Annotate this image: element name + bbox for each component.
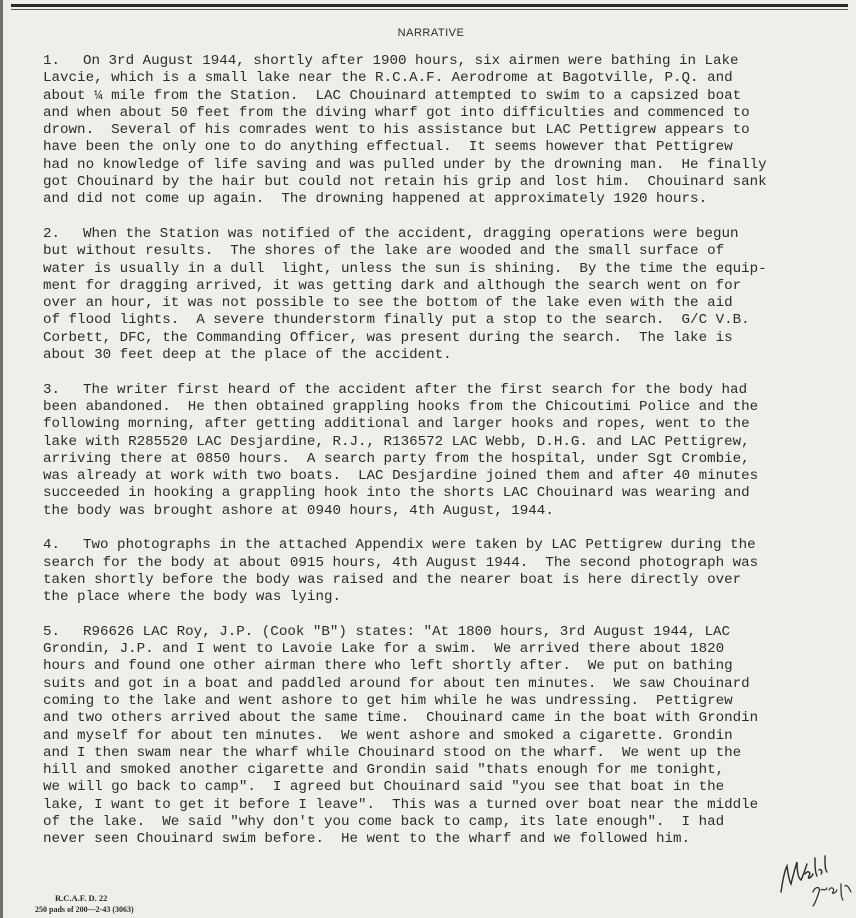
form-id: R.C.A.F. D. 22 bbox=[35, 893, 134, 904]
text-line: and myself for about ten minutes. We wen… bbox=[43, 728, 843, 745]
line-text: but without results. The shores of the l… bbox=[43, 243, 724, 259]
text-line: and two others arrived about the same ti… bbox=[43, 710, 843, 727]
text-line: and when about 50 feet from the diving w… bbox=[43, 105, 843, 122]
line-text: hours and found one other airman there w… bbox=[43, 658, 733, 674]
text-line: about ¼ mile from the Station. LAC Choui… bbox=[43, 88, 843, 105]
line-text: and myself for about ten minutes. We wen… bbox=[43, 728, 733, 744]
paragraph-number: 5. bbox=[43, 624, 83, 641]
text-line: drown. Several of his comrades went to h… bbox=[43, 122, 843, 139]
text-line: arriving there at 0850 hours. A search p… bbox=[43, 451, 843, 468]
line-text: Two photographs in the attached Appendix… bbox=[83, 537, 756, 553]
handwritten-initials-icon bbox=[775, 848, 856, 908]
paragraph-number: 1. bbox=[43, 53, 83, 70]
line-text: never seen Chouinard swim before. He wen… bbox=[43, 831, 690, 847]
line-text: about ¼ mile from the Station. LAC Choui… bbox=[43, 88, 741, 104]
document-title: NARRATIVE bbox=[3, 27, 856, 39]
text-line: lake, I want to get it before I leave". … bbox=[43, 797, 843, 814]
line-text: On 3rd August 1944, shortly after 1900 h… bbox=[83, 53, 739, 69]
text-line: Grondin, J.P. and I went to Lavoie Lake … bbox=[43, 641, 843, 658]
line-text: the place where the body was lying. bbox=[43, 589, 341, 605]
line-text: R96626 LAC Roy, J.P. (Cook "B") states: … bbox=[83, 624, 730, 640]
text-line: hill and smoked another cigarette and Gr… bbox=[43, 762, 843, 779]
line-text: taken shortly before the body was raised… bbox=[43, 572, 741, 588]
text-line: of the lake. We said "why don't you come… bbox=[43, 814, 843, 831]
line-text: lake, I want to get it before I leave". … bbox=[43, 797, 758, 813]
text-line: lake with R285520 LAC Desjardine, R.J., … bbox=[43, 434, 843, 451]
paragraph-number: 4. bbox=[43, 537, 83, 554]
paragraph-number: 2. bbox=[43, 226, 83, 243]
line-text: got Chouinard by the hair but could not … bbox=[43, 174, 767, 190]
line-text: have been the only one to do anything ef… bbox=[43, 139, 733, 155]
line-text: Grondin, J.P. and I went to Lavoie Lake … bbox=[43, 641, 724, 657]
narrative-body: 1.On 3rd August 1944, shortly after 1900… bbox=[43, 53, 843, 866]
text-line: 4.Two photographs in the attached Append… bbox=[43, 537, 843, 554]
line-text: and two others arrived about the same ti… bbox=[43, 710, 758, 726]
text-line: and I then swam near the wharf while Cho… bbox=[43, 745, 843, 762]
line-text: was already at work with two boats. LAC … bbox=[43, 468, 758, 484]
text-line: been abandoned. He then obtained grappli… bbox=[43, 399, 843, 416]
text-line: succeeded in hooking a grappling hook in… bbox=[43, 485, 843, 502]
line-text: arriving there at 0850 hours. A search p… bbox=[43, 451, 750, 467]
narrative-paragraph: 3.The writer first heard of the accident… bbox=[43, 382, 843, 520]
line-text: When the Station was notified of the acc… bbox=[83, 226, 739, 242]
line-text: coming to the lake and went ashore to ge… bbox=[43, 693, 733, 709]
line-text: of flood lights. A severe thunderstorm f… bbox=[43, 312, 750, 328]
text-line: coming to the lake and went ashore to ge… bbox=[43, 693, 843, 710]
text-line: 5.R96626 LAC Roy, J.P. (Cook "B") states… bbox=[43, 624, 843, 641]
line-text: water is usually in a dull light, unless… bbox=[43, 261, 767, 277]
line-text: search for the body at about 0915 hours,… bbox=[43, 555, 758, 571]
line-text: The writer first heard of the accident a… bbox=[83, 382, 747, 398]
text-line: was already at work with two boats. LAC … bbox=[43, 468, 843, 485]
text-line: the body was brought ashore at 0940 hour… bbox=[43, 503, 843, 520]
text-line: taken shortly before the body was raised… bbox=[43, 572, 843, 589]
text-line: following morning, after getting additio… bbox=[43, 416, 843, 433]
line-text: succeeded in hooking a grappling hook in… bbox=[43, 485, 750, 501]
text-line: Lavcie, which is a small lake near the R… bbox=[43, 70, 843, 87]
line-text: of the lake. We said "why don't you come… bbox=[43, 814, 724, 830]
line-text: had no knowledge of life saving and was … bbox=[43, 157, 767, 173]
form-footer: R.C.A.F. D. 22 250 pads of 200—2-43 (306… bbox=[35, 893, 134, 915]
text-line: water is usually in a dull light, unless… bbox=[43, 261, 843, 278]
line-text: lake with R285520 LAC Desjardine, R.J., … bbox=[43, 434, 750, 450]
text-line: search for the body at about 0915 hours,… bbox=[43, 555, 843, 572]
line-text: ment for dragging arrived, it was gettin… bbox=[43, 278, 741, 294]
line-text: the body was brought ashore at 0940 hour… bbox=[43, 503, 554, 519]
line-text: and did not come up again. The drowning … bbox=[43, 191, 707, 207]
text-line: 3.The writer first heard of the accident… bbox=[43, 382, 843, 399]
line-text: Lavcie, which is a small lake near the R… bbox=[43, 70, 733, 86]
line-text: over an hour, it was not possible to see… bbox=[43, 295, 733, 311]
line-text: and when about 50 feet from the diving w… bbox=[43, 105, 750, 121]
line-text: Corbett, DFC, the Commanding Officer, wa… bbox=[43, 330, 733, 346]
line-text: been abandoned. He then obtained grappli… bbox=[43, 399, 758, 415]
line-text: about 30 feet deep at the place of the a… bbox=[43, 347, 452, 363]
text-line: never seen Chouinard swim before. He wen… bbox=[43, 831, 843, 848]
paragraph-number: 3. bbox=[43, 382, 83, 399]
top-border-rule bbox=[11, 4, 848, 7]
line-text: and I then swam near the wharf while Cho… bbox=[43, 745, 741, 761]
print-note: 250 pads of 200—2-43 (3063) bbox=[35, 904, 134, 915]
top-border-rule-thin bbox=[11, 9, 848, 10]
text-line: suits and got in a boat and paddled arou… bbox=[43, 676, 843, 693]
document-page: NARRATIVE 1.On 3rd August 1944, shortly … bbox=[0, 0, 856, 918]
text-line: had no knowledge of life saving and was … bbox=[43, 157, 843, 174]
text-line: got Chouinard by the hair but could not … bbox=[43, 174, 843, 191]
text-line: over an hour, it was not possible to see… bbox=[43, 295, 843, 312]
line-text: following morning, after getting additio… bbox=[43, 416, 750, 432]
narrative-paragraph: 2.When the Station was notified of the a… bbox=[43, 226, 843, 364]
line-text: hill and smoked another cigarette and Gr… bbox=[43, 762, 724, 778]
text-line: and did not come up again. The drowning … bbox=[43, 191, 843, 208]
narrative-paragraph: 4.Two photographs in the attached Append… bbox=[43, 537, 843, 606]
text-line: about 30 feet deep at the place of the a… bbox=[43, 347, 843, 364]
text-line: 2.When the Station was notified of the a… bbox=[43, 226, 843, 243]
text-line: have been the only one to do anything ef… bbox=[43, 139, 843, 156]
text-line: but without results. The shores of the l… bbox=[43, 243, 843, 260]
text-line: the place where the body was lying. bbox=[43, 589, 843, 606]
narrative-paragraph: 5.R96626 LAC Roy, J.P. (Cook "B") states… bbox=[43, 624, 843, 849]
text-line: we will go back to camp". I agreed but C… bbox=[43, 779, 843, 796]
text-line: Corbett, DFC, the Commanding Officer, wa… bbox=[43, 330, 843, 347]
narrative-paragraph: 1.On 3rd August 1944, shortly after 1900… bbox=[43, 53, 843, 209]
text-line: hours and found one other airman there w… bbox=[43, 658, 843, 675]
line-text: we will go back to camp". I agreed but C… bbox=[43, 779, 724, 795]
text-line: 1.On 3rd August 1944, shortly after 1900… bbox=[43, 53, 843, 70]
line-text: suits and got in a boat and paddled arou… bbox=[43, 676, 750, 692]
line-text: drown. Several of his comrades went to h… bbox=[43, 122, 750, 138]
text-line: of flood lights. A severe thunderstorm f… bbox=[43, 312, 843, 329]
text-line: ment for dragging arrived, it was gettin… bbox=[43, 278, 843, 295]
